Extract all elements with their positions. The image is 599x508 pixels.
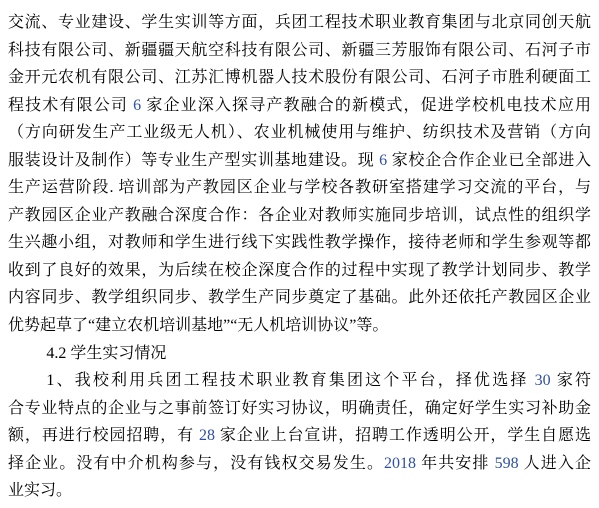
text-line: 额，再进行校园招聘，有 28 家企业上台宣讲，招聘工作透明公开，学生自愿选	[8, 422, 591, 450]
highlighted-number: 598	[495, 455, 519, 472]
text-line: 生兴趣小组，对教师和学生进行线下实践性教学操作，接待老师和学生参观等都	[8, 229, 591, 257]
text-line: 业实习。	[8, 477, 591, 505]
text-segment: 1、我校利用兵团工程技术职业教育集团这个平台，择优选择	[46, 372, 534, 389]
text-segment: 4.2 学生实习情况	[46, 345, 166, 362]
text-line: 交流、专业建设、学生实训等方面，兵团工程技术职业教育集团与北京同创天航	[8, 9, 591, 37]
text-segment: 金开元农机有限公司、江苏汇博机器人技术股份有限公司、石河子市胜利硬面工	[8, 69, 591, 86]
text-line: 科技有限公司、新疆疆天航空科技有限公司、新疆三芳服饰有限公司、石河子市	[8, 37, 591, 65]
text-line: 产教园区企业产教融合深度合作：各企业对教师实施同步培训，试点性的组织学	[8, 202, 591, 230]
text-line: 4.2 学生实习情况	[8, 340, 591, 368]
text-line: 收到了良好的效果，为后续在校企深度合作的过程中实现了教学计划同步、教学	[8, 257, 591, 285]
text-segment: 科技有限公司、新疆疆天航空科技有限公司、新疆三芳服饰有限公司、石河子市	[8, 42, 591, 59]
text-line: 生产运营阶段. 培训部为产教园区企业与学校各教研室搭建学习交流的平台，与	[8, 174, 591, 202]
text-segment: 产教园区企业产教融合深度合作：各企业对教师实施同步培训，试点性的组织学	[8, 207, 591, 224]
text-segment: 业实习。	[8, 482, 72, 499]
text-segment: 程技术有限公司	[8, 97, 133, 114]
text-segment: 额，再进行校园招聘，有	[8, 427, 199, 444]
text-segment: 收到了良好的效果，为后续在校企深度合作的过程中实现了教学计划同步、教学	[8, 262, 591, 279]
text-line: 合专业特点的企业与之事前签订好实习协议，明确责任，确定好学生实习补助金	[8, 395, 591, 423]
text-segment: 优势起草了“建立农机培训基地”“无人机培训协议”等。	[8, 317, 388, 334]
highlighted-number: 30	[535, 372, 551, 389]
text-segment: 交流、专业建设、学生实训等方面，兵团工程技术职业教育集团与北京同创天航	[8, 14, 591, 31]
text-line: 服装设计及制作）等专业生产型实训基地建设。现 6 家校企合作企业已全部进入	[8, 147, 591, 175]
document-page: 交流、专业建设、学生实训等方面，兵团工程技术职业教育集团与北京同创天航科技有限公…	[0, 0, 599, 505]
text-segment: 生兴趣小组，对教师和学生进行线下实践性教学操作，接待老师和学生参观等都	[8, 234, 591, 251]
text-line: 择企业。没有中介机构参与，没有钱权交易发生。2018 年共安排 598 人进入企	[8, 450, 591, 478]
text-line: 程技术有限公司 6 家企业深入探寻产教融合的新模式，促进学校机电技术应用	[8, 92, 591, 120]
text-segment: 人进入企	[519, 455, 591, 472]
text-segment: 家符	[551, 372, 591, 389]
text-segment: 服装设计及制作）等专业生产型实训基地建设。现	[8, 152, 379, 169]
highlighted-number: 6	[133, 97, 141, 114]
text-line: 1、我校利用兵团工程技术职业教育集团这个平台，择优选择 30 家符	[8, 367, 591, 395]
highlighted-number: 28	[199, 427, 215, 444]
text-segment: 家企业上台宣讲，招聘工作透明公开，学生自愿选	[215, 427, 591, 444]
text-segment: （方向研发生产工业级无人机）、农业机械使用与维护、纺织技术及营销（方向	[8, 124, 591, 141]
highlighted-number: 2018	[384, 455, 416, 472]
text-segment: 年共安排	[416, 455, 495, 472]
text-segment: 择企业。没有中介机构参与，没有钱权交易发生。	[8, 455, 384, 472]
text-line: （方向研发生产工业级无人机）、农业机械使用与维护、纺织技术及营销（方向	[8, 119, 591, 147]
text-segment: 内容同步、教学组织同步、教学生产同步奠定了基础。此外还依托产教园区企业	[8, 289, 591, 306]
text-line: 内容同步、教学组织同步、教学生产同步奠定了基础。此外还依托产教园区企业	[8, 284, 591, 312]
text-segment: 生产运营阶段. 培训部为产教园区企业与学校各教研室搭建学习交流的平台，与	[8, 179, 591, 196]
highlighted-number: 6	[379, 152, 387, 169]
text-line: 优势起草了“建立农机培训基地”“无人机培训协议”等。	[8, 312, 591, 340]
text-line: 金开元农机有限公司、江苏汇博机器人技术股份有限公司、石河子市胜利硬面工	[8, 64, 591, 92]
text-segment: 家企业深入探寻产教融合的新模式，促进学校机电技术应用	[141, 97, 591, 114]
text-segment: 合专业特点的企业与之事前签订好实习协议，明确责任，确定好学生实习补助金	[8, 400, 591, 417]
text-segment: 家校企合作企业已全部进入	[387, 152, 591, 169]
